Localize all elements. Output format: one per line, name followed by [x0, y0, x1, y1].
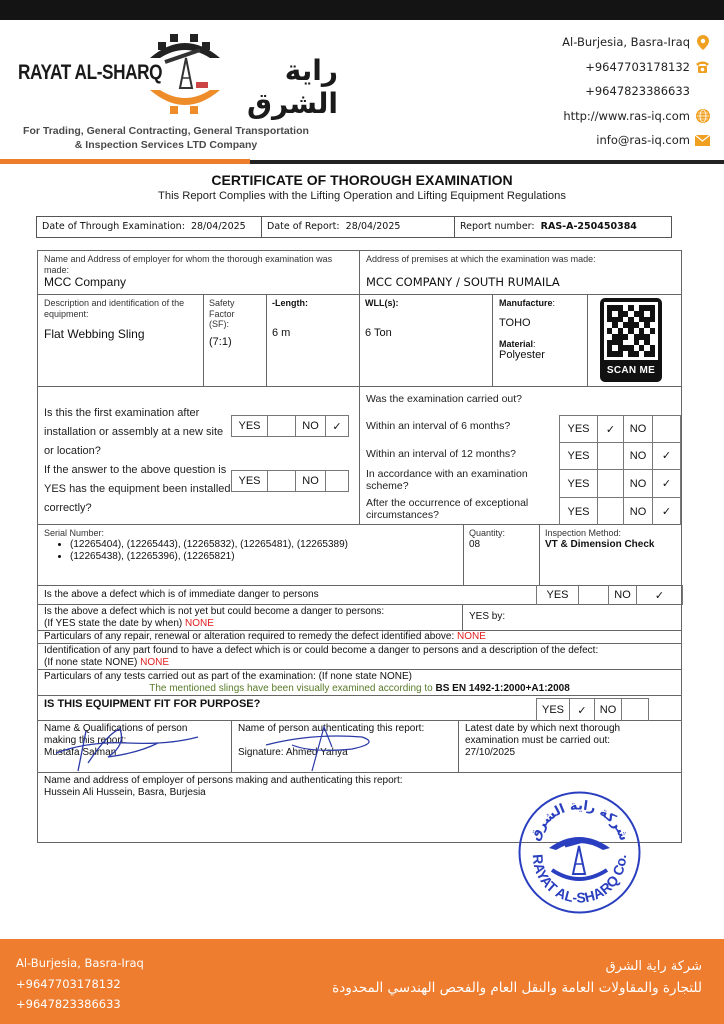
page-subtitle: This Report Complies with the Lifting Op…: [0, 190, 724, 202]
no-label: NO: [624, 498, 653, 525]
carried-out-label: Was the examination carried out?: [366, 390, 522, 409]
header-divider-dark: [250, 160, 724, 164]
phone-1-text: +9647703178132: [585, 60, 690, 74]
manufacture-label: Manufacture: [499, 298, 553, 308]
fit-for-purpose-yes-no: YES ✓ NO: [536, 698, 649, 721]
address-text: Al-Burjesia, Basra-Iraq: [562, 35, 690, 49]
location-pin-icon: [695, 35, 710, 50]
exam-date-cell: Date of Through Examination: 28/04/2025: [37, 217, 262, 237]
exam-scheme-question: In accordance with an examination scheme…: [366, 468, 551, 492]
no-box[interactable]: [653, 416, 680, 442]
person-authenticating-cell: Name of person authenticating this repor…: [232, 721, 459, 773]
serial-number-cell: Serial Number: (12265404), (12265443), (…: [38, 525, 464, 586]
serial-line: (12265404), (12265443), (12265832), (122…: [70, 539, 457, 552]
installed-correctly-no-box[interactable]: [326, 471, 348, 491]
employer-of-persons-label: Name and address of employer of persons …: [44, 775, 675, 787]
wll-value: 6 Ton: [365, 327, 487, 339]
serial-number-label: Serial Number:: [44, 528, 457, 539]
no-box[interactable]: ✓: [653, 442, 680, 469]
fit-for-purpose-question: IS THIS EQUIPMENT FIT FOR PURPOSE?: [44, 698, 260, 710]
tests-row: Particulars of any tests carried out as …: [38, 670, 681, 696]
footer-company-desc-ar: للتجارة والمقاولات العامة والنقل العام و…: [332, 977, 702, 999]
contact-phone-2: +9647823386633: [562, 79, 710, 104]
fit-for-purpose-yes-box[interactable]: ✓: [570, 699, 595, 721]
logo-text-ar: راية الشرق: [216, 54, 338, 120]
contact-address: Al-Burjesia, Basra-Iraq: [562, 30, 710, 55]
no-label: NO: [624, 470, 653, 497]
no-box[interactable]: ✓: [653, 470, 680, 497]
yes-box[interactable]: [598, 498, 624, 525]
yes-label: YES: [232, 471, 268, 491]
yes-box[interactable]: [598, 470, 624, 497]
defect-identification-question: Identification of any part found to have…: [44, 645, 675, 657]
wll-label: WLL(s):: [365, 298, 487, 309]
fit-for-purpose-no-box[interactable]: [622, 699, 648, 721]
email-link[interactable]: info@ras-iq.com: [596, 133, 690, 147]
next-exam-date-cell: Latest date by which next thorough exami…: [459, 721, 681, 773]
report-info-row: Date of Through Examination: 28/04/2025 …: [36, 216, 672, 238]
phone-2-text: +9647823386633: [585, 84, 690, 98]
installed-correctly-yes-box[interactable]: [268, 471, 296, 491]
yes-by-label: YES by:: [469, 611, 505, 622]
exam-date-label: Date of Through Examination:: [42, 221, 185, 232]
signature-icon: [48, 723, 218, 773]
globe-icon: [695, 108, 710, 123]
manufacture-cell: Manufacture: TOHO Material: Polyester: [493, 295, 588, 387]
footer-phone-1: +9647703178132: [16, 974, 144, 995]
report-date-value: 28/04/2025: [346, 221, 401, 232]
quantity-cell: Quantity: 08: [464, 525, 540, 586]
interval-12-question: Within an interval of 12 months?: [366, 445, 516, 464]
company-stamp-icon: شركة راية الشرق RAYAT AL-SHARQ Co.: [517, 790, 642, 915]
page-title: CERTIFICATE OF THOROUGH EXAMINATION: [0, 172, 724, 188]
footer-phone-2: +9647823386633: [16, 994, 144, 1015]
interval-6-question: Within an interval of 6 months?: [366, 417, 510, 436]
serial-line: (12265438), (12265396), (12265821): [70, 551, 457, 564]
yes-box[interactable]: ✓: [598, 416, 624, 442]
equipment-desc-label: Description and identification of the eq…: [44, 298, 197, 319]
first-exam-yes-box[interactable]: [268, 416, 296, 436]
repair-question: Particulars of any repair, renewal or al…: [44, 631, 454, 642]
premises-value: MCC COMPANY / SOUTH RUMAILA: [366, 275, 675, 289]
report-number-label: Report number:: [460, 221, 535, 232]
contact-email: info@ras-iq.com: [562, 128, 710, 153]
no-label: NO: [296, 416, 326, 436]
yes-label: YES: [560, 416, 598, 442]
logo-text-en: RAYAT AL-SHARQ: [18, 61, 162, 85]
future-danger-value: NONE: [185, 618, 214, 629]
footer-contact: Al-Burjesia, Basra-Iraq +9647703178132 +…: [16, 953, 144, 1015]
immediate-danger-yes-box[interactable]: [579, 585, 609, 605]
report-date-label: Date of Report:: [267, 221, 340, 232]
tests-standard: BS EN 1492-1:2000+A1:2008: [436, 683, 570, 694]
immediate-danger-no-box[interactable]: ✓: [637, 585, 682, 605]
envelope-icon: [695, 133, 710, 148]
defect-identification-hint: (If none state NONE): [44, 657, 137, 668]
contact-info: Al-Burjesia, Basra-Iraq +9647703178132 +…: [562, 30, 710, 153]
defect-identification-value: NONE: [140, 657, 169, 668]
company-logo: RAYAT AL-SHARQ راية الشرق: [18, 28, 338, 118]
no-label: NO: [624, 416, 653, 442]
length-value: 6 m: [272, 327, 354, 339]
contact-website: http://www.ras-iq.com: [562, 104, 710, 129]
equipment-desc-cell: Description and identification of the eq…: [38, 295, 204, 387]
installed-correctly-yes-no: YES NO: [231, 470, 349, 492]
safety-factor-label: Safety Factor (SF):: [209, 298, 249, 330]
length-cell: -Length: 6 m: [267, 295, 360, 387]
qr-label: SCAN ME: [604, 365, 658, 376]
report-number-value: RAS-A-250450384: [541, 221, 637, 232]
first-exam-no-box[interactable]: ✓: [326, 416, 348, 436]
yes-by-cell: YES by:: [463, 605, 681, 631]
carried-out-yes-no-row: YESNO✓: [559, 498, 681, 525]
inspection-method-value: VT & Dimension Check: [545, 539, 676, 550]
yes-label: YES: [560, 470, 598, 497]
material-value: Polyester: [499, 349, 581, 361]
yes-label: YES: [537, 699, 570, 721]
footer-address: Al-Burjesia, Basra-Iraq: [16, 953, 144, 974]
no-label: NO: [595, 699, 622, 721]
tests-label: Particulars of any tests carried out as …: [44, 671, 675, 683]
exceptional-question: After the occurrence of exceptional circ…: [366, 497, 551, 521]
report-date-cell: Date of Report: 28/04/2025: [262, 217, 455, 237]
future-danger-question: Is the above a defect which is not yet b…: [44, 606, 456, 618]
carried-out-yes-no-row: YES✓NO: [559, 415, 681, 443]
yes-label: YES: [560, 498, 598, 525]
footer-company-ar: شركة راية الشرق للتجارة والمقاولات العام…: [332, 957, 702, 999]
certificate-table: Name and Address of employer for whom th…: [37, 250, 682, 843]
exam-date-value: 28/04/2025: [191, 221, 246, 232]
wll-cell: WLL(s): 6 Ton: [360, 295, 493, 387]
first-exam-question: Is this the first examination after inst…: [44, 404, 234, 461]
tagline-line-2: & Inspection Services LTD Company: [18, 138, 314, 152]
installed-correctly-question: If the answer to the above question is Y…: [44, 461, 234, 518]
immediate-danger-yes-no: YES NO ✓: [536, 585, 683, 605]
safety-factor-value: (7:1): [209, 336, 261, 348]
no-label: NO: [624, 442, 653, 469]
qr-code[interactable]: SCAN ME: [600, 298, 662, 382]
yes-label: YES: [560, 442, 598, 469]
contact-phone-1: +9647703178132: [562, 55, 710, 80]
person-making-cell: Name & Qualifications of person making t…: [38, 721, 232, 773]
telephone-icon: [695, 59, 710, 74]
first-exam-yes-no: YES NO ✓: [231, 415, 349, 437]
footer: Al-Burjesia, Basra-Iraq +9647703178132 +…: [0, 939, 724, 1024]
quantity-label: Quantity:: [469, 528, 534, 539]
immediate-danger-question: Is the above a defect which is of immedi…: [44, 589, 319, 600]
serial-number-list: (12265404), (12265443), (12265832), (122…: [70, 539, 457, 564]
footer-company-name-ar: شركة راية الشرق: [332, 957, 702, 977]
header-divider-orange: [0, 159, 250, 164]
employer-value: MCC Company: [44, 275, 353, 289]
qr-code-icon: [604, 302, 658, 360]
carried-out-yes-no-row: YESNO✓: [559, 470, 681, 498]
website-link[interactable]: http://www.ras-iq.com: [563, 109, 690, 123]
future-danger-hint: (If YES state the date by when): [44, 618, 182, 629]
inspection-method-cell: Inspection Method: VT & Dimension Check: [540, 525, 681, 586]
length-label: -Length:: [272, 298, 354, 309]
next-exam-date-value: 27/10/2025: [465, 747, 675, 759]
future-danger-cell: Is the above a defect which is not yet b…: [38, 605, 463, 631]
next-exam-date-label: Latest date by which next thorough exami…: [465, 723, 675, 747]
equipment-desc-value: Flat Webbing Sling: [44, 327, 197, 341]
yes-label: YES: [537, 585, 579, 605]
safety-factor-cell: Safety Factor (SF): (7:1): [204, 295, 267, 387]
tagline-line-1: For Trading, General Contracting, Genera…: [18, 124, 314, 138]
repair-value: NONE: [457, 631, 486, 642]
employer-label: Name and Address of employer for whom th…: [44, 254, 353, 275]
repair-row: Particulars of any repair, renewal or al…: [38, 631, 681, 644]
top-bar: [0, 0, 724, 20]
employer-cell: Name and Address of employer for whom th…: [38, 251, 360, 295]
premises-label: Address of premises at which the examina…: [366, 254, 675, 265]
yes-label: YES: [232, 416, 268, 436]
yes-box[interactable]: [598, 442, 624, 469]
material-label: Material: [499, 339, 533, 349]
no-label: NO: [609, 585, 637, 605]
report-number-cell: Report number: RAS-A-250450384: [455, 217, 671, 237]
company-tagline: For Trading, General Contracting, Genera…: [18, 124, 314, 152]
inspection-method-label: Inspection Method:: [545, 528, 676, 539]
defect-identification-row: Identification of any part found to have…: [38, 644, 681, 670]
premises-cell: Address of premises at which the examina…: [360, 251, 681, 295]
manufacture-value: TOHO: [499, 317, 581, 329]
carried-out-yes-no-row: YESNO✓: [559, 442, 681, 470]
tests-note: The mentioned slings have been visually …: [149, 683, 433, 694]
quantity-value: 08: [469, 539, 534, 550]
signature-icon: [252, 723, 392, 773]
no-label: NO: [296, 471, 326, 491]
no-box[interactable]: ✓: [653, 498, 680, 525]
